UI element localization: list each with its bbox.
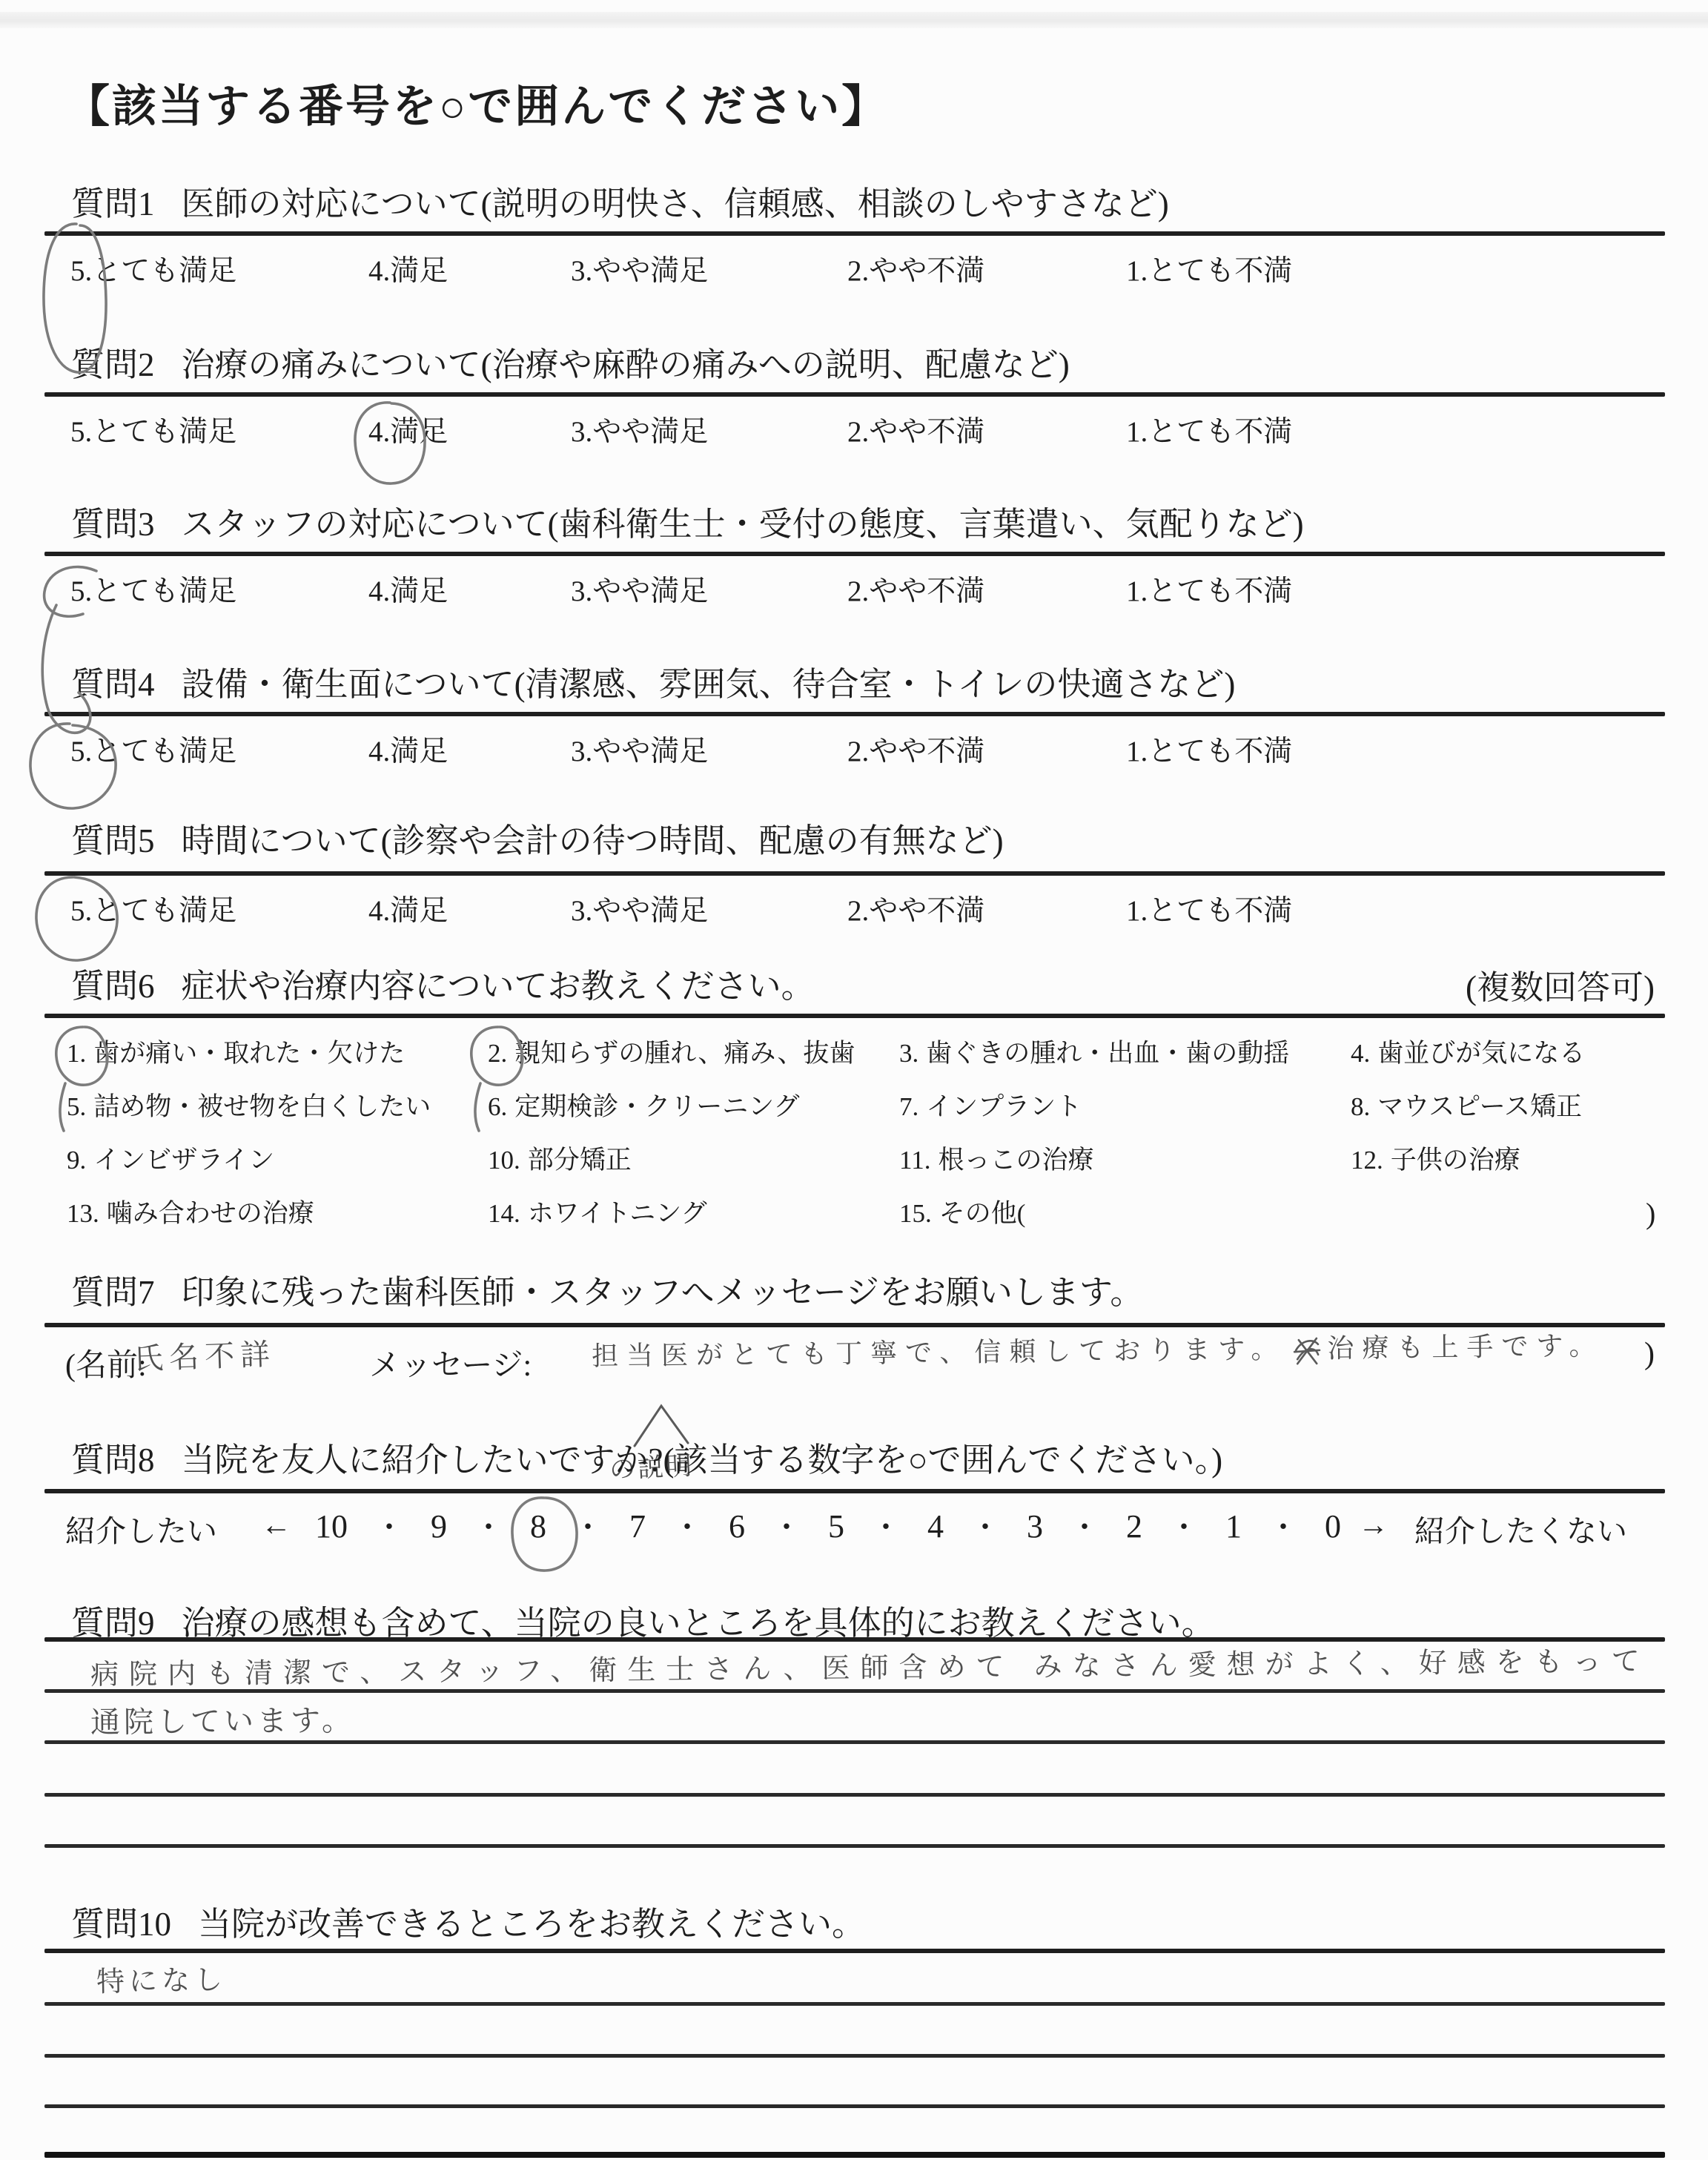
separator-dot: ・	[573, 1504, 603, 1546]
question-9-label: 質問9	[71, 1605, 155, 1642]
symptom-item-4: 4.歯並びが気になる	[1351, 1033, 1585, 1070]
message-part-1: 担当医がとても丁寧で、信頼しております。	[592, 1328, 1286, 1373]
question-2-section: 質問2治療の痛みについて(治療や麻酔の痛みへの説明、配慮など) 5.とても満足 …	[44, 337, 1665, 463]
question-5-options: 5.とても満足 4.満足 3.やや満足 2.やや不満 1.とても不満	[44, 888, 1665, 935]
form-title: 【該当する番号を○で囲んでください】	[65, 71, 888, 135]
divider	[44, 871, 1665, 876]
question-5-section: 質問5時間について(診察や会計の待つ時間、配慮の有無など) 5.とても満足 4.…	[44, 813, 1665, 939]
divider	[44, 712, 1665, 716]
scale-number-5: 5	[828, 1507, 844, 1545]
rating-option-4: 4.満足	[368, 409, 448, 450]
rating-option-5: 5.とても満足	[70, 728, 236, 770]
question-1-options: 5.とても満足 4.満足 3.やや満足 2.やや不満 1.とても不満	[44, 248, 1665, 295]
separator-dot: ・	[374, 1504, 404, 1546]
question-4-options: 5.とても満足 4.満足 3.やや満足 2.やや不満 1.とても不満	[44, 728, 1665, 776]
symptom-item-8: 8.マウスピース矯正	[1351, 1086, 1582, 1123]
question-5-text: 時間について(診察や会計の待つ時間、配慮の有無など)	[182, 822, 1004, 859]
scale-number-3: 3	[1027, 1507, 1043, 1545]
rating-option-2: 2.やや不満	[847, 409, 984, 450]
item-number: 7.	[899, 1092, 918, 1121]
symptom-item-7: 7.インプラント	[899, 1086, 1082, 1123]
divider	[44, 231, 1665, 236]
scale-number-1: 1	[1225, 1507, 1242, 1545]
item-number: 8.	[1351, 1092, 1370, 1121]
item-label: 親知らずの腫れ、痛み、抜歯	[514, 1039, 855, 1068]
scale-number-8: 8	[530, 1507, 546, 1545]
rating-option-4: 4.満足	[368, 728, 448, 770]
scanned-survey-form: 【該当する番号を○で囲んでください】 質問1医師の対応について(説明の明快さ、信…	[0, 0, 1708, 2160]
symptom-item-6: 6.定期検診・クリーニング	[488, 1086, 800, 1123]
scale-number-0: 0	[1325, 1507, 1341, 1545]
divider	[44, 552, 1665, 556]
rating-option-3: 3.やや満足	[571, 888, 708, 929]
separator-dot: ・	[474, 1504, 503, 1546]
rating-option-3: 3.やや満足	[571, 248, 708, 289]
rating-option-5: 5.とても満足	[70, 409, 236, 450]
rating-option-3: 3.やや満足	[571, 568, 708, 610]
question-2-text: 治療の痛みについて(治療や麻酔の痛みへの説明、配慮など)	[182, 346, 1070, 383]
right-arrow-icon: →	[1358, 1507, 1388, 1542]
symptom-item-3: 3.歯ぐきの腫れ・出血・歯の動揺	[899, 1033, 1289, 1070]
rating-option-2: 2.やや不満	[847, 888, 984, 929]
rating-option-4: 4.満足	[368, 888, 448, 929]
item-label: 子供の治療	[1391, 1146, 1520, 1175]
rating-option-1: 1.とても不満	[1126, 728, 1292, 770]
symptom-item-11: 11.根っこの治療	[899, 1140, 1093, 1177]
question-3-text: スタッフの対応について(歯科衛生士・受付の態度、言葉遣い、気配りなど)	[182, 506, 1304, 543]
question-4-label: 質問4	[71, 666, 155, 703]
item-label: 歯並びが気になる	[1377, 1039, 1585, 1068]
symptom-item-15-close-paren: )	[1646, 1196, 1655, 1231]
question-10-header: 質問10当院が改善できるところをお教えください。	[71, 1897, 865, 1945]
symptom-item-13: 13.噛み合わせの治療	[67, 1193, 314, 1230]
item-label: 部分矯正	[528, 1146, 632, 1175]
item-number: 10.	[488, 1146, 520, 1175]
item-number: 14.	[488, 1199, 520, 1228]
question-7-section: 質問7印象に残った歯科医師・スタッフへメッセージをお願いします。 (名前: 氏名…	[44, 1265, 1665, 1443]
question-8-header: 質問8当院を友人に紹介したいですか?(該当する数字を○で囲んでください。)	[71, 1433, 1222, 1481]
question-10-label: 質問10	[71, 1906, 171, 1943]
separator-dot: ・	[772, 1504, 801, 1546]
rating-option-5: 5.とても満足	[70, 888, 236, 929]
symptom-item-10: 10.部分矯正	[488, 1140, 632, 1177]
rating-option-5: 5.とても満足	[70, 248, 236, 289]
question-3-section: 質問3スタッフの対応について(歯科衛生士・受付の態度、言葉遣い、気配りなど) 5…	[44, 497, 1665, 623]
symptom-item-9: 9.インビザライン	[67, 1140, 274, 1177]
item-number: 5.	[67, 1092, 86, 1121]
answer-line	[44, 2104, 1665, 2108]
separator-dot: ・	[1070, 1504, 1099, 1546]
item-label: 詰め物・被せ物を白くしたい	[93, 1092, 431, 1121]
message-field-label: メッセージ:	[369, 1341, 532, 1385]
item-number: 1.	[67, 1039, 86, 1068]
item-label: ホワイトニング	[528, 1199, 707, 1228]
question-1-header: 質問1医師の対応について(説明の明快さ、信頼感、相談のしやすさなど)	[71, 176, 1169, 225]
item-number: 4.	[1351, 1039, 1370, 1068]
rating-option-2: 2.やや不満	[847, 248, 984, 289]
item-number: 13.	[67, 1199, 99, 1228]
rating-option-2: 2.やや不満	[847, 568, 984, 610]
item-label: マウスピース矯正	[1377, 1092, 1582, 1121]
symptom-item-5: 5.詰め物・被せ物を白くしたい	[67, 1086, 431, 1123]
symptom-item-12: 12.子供の治療	[1351, 1140, 1520, 1177]
item-label: 定期検診・クリーニング	[514, 1092, 799, 1121]
separator-dot: ・	[970, 1504, 1000, 1546]
question-6-section: 質問6症状や治療内容についてお教えください。 (複数回答可) 1.歯が痛い・取れ…	[44, 959, 1665, 1248]
question-10-section: 質問10当院が改善できるところをお教えください。 特になし	[44, 1897, 1665, 2160]
question-6-note: (複数回答可)	[1466, 960, 1655, 1008]
question-5-header: 質問5時間について(診察や会計の待つ時間、配慮の有無など)	[71, 813, 1004, 862]
item-label: その他(	[939, 1199, 1026, 1228]
question-6-text: 症状や治療内容についてお教えください。	[182, 968, 815, 1005]
question-1-text: 医師の対応について(説明の明快さ、信頼感、相談のしやすさなど)	[182, 185, 1169, 222]
rating-option-5: 5.とても満足	[70, 568, 236, 610]
scratched-out-character	[1291, 1333, 1321, 1366]
question-2-label: 質問2	[71, 346, 155, 383]
question-3-options: 5.とても満足 4.満足 3.やや満足 2.やや不満 1.とても不満	[44, 568, 1665, 615]
question-1-label: 質問1	[71, 185, 155, 222]
question-2-header: 質問2治療の痛みについて(治療や麻酔の痛みへの説明、配慮など)	[71, 337, 1070, 386]
rating-option-1: 1.とても不満	[1126, 888, 1292, 929]
item-number: 3.	[899, 1039, 918, 1068]
scale-numbers: 10・9・8・7・6・5・4・3・2・1・0	[315, 1504, 1341, 1546]
answer-line	[44, 1689, 1665, 1693]
divider	[44, 392, 1665, 397]
separator-dot: ・	[1169, 1504, 1199, 1546]
recommend-scale-row: 紹介したい ← 10・9・8・7・6・5・4・3・2・1・0 → 紹介したくない	[44, 1504, 1665, 1556]
rating-option-3: 3.やや満足	[571, 409, 708, 450]
scale-number-10: 10	[315, 1507, 348, 1545]
rating-option-3: 3.やや満足	[571, 728, 708, 770]
item-label: インビザライン	[93, 1146, 274, 1175]
scale-number-4: 4	[927, 1507, 944, 1545]
question-6-header: 質問6症状や治療内容についてお教えください。	[71, 959, 815, 1007]
divider	[44, 1949, 1665, 1953]
question-4-header: 質問4設備・衛生面について(清潔感、雰囲気、待合室・トイレの快適さなど)	[71, 657, 1235, 705]
question-4-section: 質問4設備・衛生面について(清潔感、雰囲気、待合室・トイレの快適さなど) 5.と…	[44, 657, 1665, 783]
rating-option-1: 1.とても不満	[1126, 409, 1292, 450]
symptom-item-15: 15.その他(	[899, 1193, 1025, 1230]
name-field-handwritten-value: 氏名不詳	[133, 1331, 277, 1378]
question-8-text: 当院を友人に紹介したいですか?(該当する数字を○で囲んでください。)	[182, 1441, 1223, 1479]
question-7-label: 質問7	[71, 1274, 155, 1311]
divider	[44, 1014, 1665, 1018]
scale-left-label: 紹介したい	[65, 1507, 217, 1550]
question-9-text: 治療の感想も含めて、当院の良いところを具体的にお教えください。	[182, 1605, 1215, 1642]
scan-artifact-band	[0, 12, 1708, 28]
left-arrow-icon: ←	[261, 1507, 291, 1542]
question-5-label: 質問5	[71, 822, 155, 859]
item-label: 根っこの治療	[938, 1146, 1093, 1175]
item-label: 歯が痛い・取れた・欠けた	[93, 1039, 405, 1068]
item-label: 噛み合わせの治療	[107, 1199, 314, 1228]
separator-dot: ・	[1268, 1504, 1298, 1546]
close-paren: )	[1644, 1336, 1655, 1372]
item-number: 6.	[488, 1092, 507, 1121]
question-7-header: 質問7印象に残った歯科医師・スタッフへメッセージをお願いします。	[71, 1265, 1143, 1313]
question-7-text: 印象に残った歯科医師・スタッフへメッセージをお願いします。	[182, 1274, 1144, 1311]
rating-option-1: 1.とても不満	[1126, 248, 1292, 289]
item-number: 11.	[899, 1146, 930, 1175]
separator-dot: ・	[672, 1504, 702, 1546]
symptom-item-14: 14.ホワイトニング	[488, 1193, 707, 1230]
divider	[44, 1489, 1665, 1493]
item-number: 15.	[899, 1199, 932, 1228]
separator-dot: ・	[871, 1504, 901, 1546]
scale-number-2: 2	[1126, 1507, 1142, 1545]
item-label: インプラント	[926, 1092, 1082, 1121]
answer-line	[44, 1740, 1665, 1744]
rating-option-2: 2.やや不満	[847, 728, 984, 770]
question-8-section: 質問8当院を友人に紹介したいですか?(該当する数字を○で囲んでください。) 紹介…	[44, 1433, 1665, 1573]
question-4-text: 設備・衛生面について(清潔感、雰囲気、待合室・トイレの快適さなど)	[182, 666, 1236, 703]
question-10-text: 当院が改善できるところをお教えください。	[198, 1906, 865, 1943]
question-9-section: 質問9治療の感想も含めて、当院の良いところを具体的にお教えください。 病院内も清…	[44, 1596, 1665, 1892]
scale-right-label: 紹介したくない	[1414, 1507, 1627, 1550]
message-handwritten-value: 担当医がとても丁寧で、信頼しております。 治療も上手です。	[592, 1325, 1604, 1373]
rating-option-4: 4.満足	[368, 568, 448, 610]
rating-option-4: 4.満足	[368, 248, 448, 289]
scale-number-6: 6	[729, 1507, 745, 1545]
q9-handwritten-answer-line1: 病院内も清潔で、スタッフ、衛生士さん、医師含めて みなさん愛想がよく、好感をもっ…	[90, 1638, 1650, 1692]
bottom-edge-line	[44, 2152, 1665, 2158]
answer-line	[44, 2002, 1665, 2006]
symptom-item-2: 2.親知らずの腫れ、痛み、抜歯	[488, 1033, 855, 1070]
scale-number-9: 9	[431, 1507, 447, 1545]
q10-handwritten-answer: 特になし	[96, 1956, 228, 1999]
item-label: 歯ぐきの腫れ・出血・歯の動揺	[926, 1039, 1289, 1068]
answer-line	[44, 2054, 1665, 2058]
item-number: 12.	[1351, 1146, 1383, 1175]
rating-option-1: 1.とても不満	[1126, 568, 1292, 610]
question-6-label: 質問6	[71, 968, 155, 1005]
q9-handwritten-answer-line2: 通院しています。	[90, 1697, 355, 1741]
scale-number-7: 7	[629, 1507, 646, 1545]
answer-line	[44, 1844, 1665, 1848]
question-8-label: 質問8	[71, 1441, 155, 1479]
message-part-2: 治療も上手です。	[1327, 1325, 1604, 1366]
symptom-item-1: 1.歯が痛い・取れた・欠けた	[67, 1033, 405, 1070]
item-number: 9.	[67, 1146, 86, 1175]
question-1-section: 質問1医師の対応について(説明の明快さ、信頼感、相談のしやすさなど) 5.とても…	[44, 176, 1665, 303]
answer-line	[44, 1793, 1665, 1797]
question-3-label: 質問3	[71, 506, 155, 543]
question-2-options: 5.とても満足 4.満足 3.やや満足 2.やや不満 1.とても不満	[44, 409, 1665, 456]
item-number: 2.	[488, 1039, 507, 1068]
question-3-header: 質問3スタッフの対応について(歯科衛生士・受付の態度、言葉遣い、気配りなど)	[71, 497, 1304, 545]
